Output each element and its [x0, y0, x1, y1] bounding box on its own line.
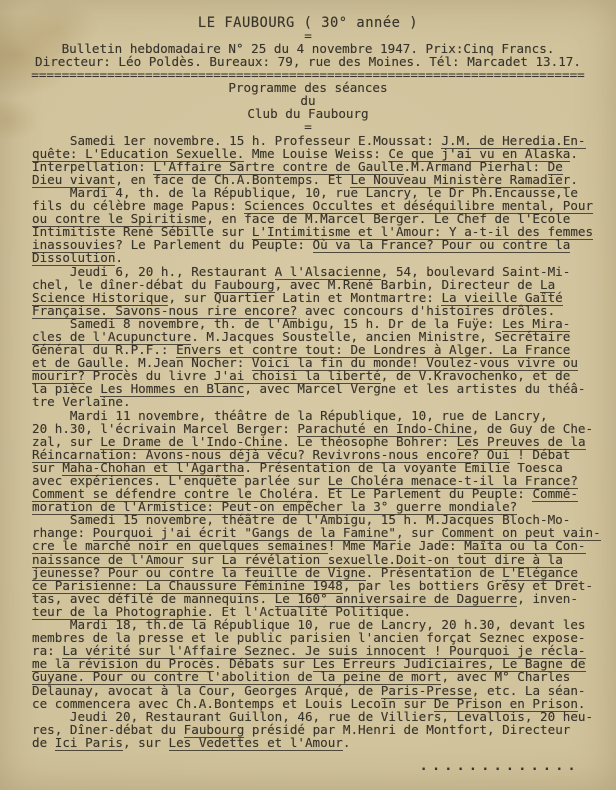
text-line: de Ici Paris, sur Les Vedettes et l'Amou…: [32, 736, 616, 749]
paragraph: Jeudi 20, Restaurant Guillon, 46, rue de…: [32, 710, 616, 749]
paragraph: Mardi 4, th. de la République, 10, rue L…: [32, 186, 616, 265]
programme-equals-mark: =: [0, 121, 616, 133]
footer-dots: .............: [0, 760, 616, 773]
underlined-text: Les Vedettes et l'Amour: [169, 735, 343, 751]
text-line: cre le marché noir en quelques semaines!…: [32, 539, 616, 552]
paragraph: Samedi 8 novembre, th. de l'Ambigu, 15 h…: [32, 317, 616, 409]
paragraph: Jeudi 6, 20 h., Restaurant A l'Alsacienn…: [32, 265, 616, 317]
plain-text: .: [343, 735, 351, 750]
paragraph: Samedi 1er novembre. 15 h. Professeur E.…: [32, 134, 616, 186]
underlined-text: Ici Paris: [55, 735, 123, 751]
plain-text: .: [570, 146, 578, 161]
document-body: Samedi 1er novembre. 15 h. Professeur E.…: [32, 134, 616, 749]
underlined-text: Commé-: [532, 486, 578, 502]
paragraph: Mardi 11 novembre, théâtre de la Républi…: [32, 409, 616, 514]
plain-text: de: [32, 735, 55, 750]
text-line: naissance de l'Amour sur La révélation s…: [32, 553, 616, 566]
director-line: Directeur: Léo Poldès. Bureaux: 79, rue …: [0, 55, 616, 68]
text-line: res, Dîner-débat du Faubourg présidé par…: [32, 723, 616, 736]
plain-text: , avec Marcel Vergne et les artistes du …: [244, 381, 585, 396]
plain-text: , inven-: [517, 591, 578, 606]
plain-text: ? Le Parlement du Peuple:: [115, 237, 312, 252]
underlined-text: Où va la France? Pour ou contre la: [313, 237, 571, 253]
paragraph: Mardi 18, th.de la République 10, rue de…: [32, 618, 616, 710]
plain-text: , sur: [123, 735, 169, 750]
bulletin-page: LE FAUBOURG ( 30° année ) = Bulletin heb…: [0, 0, 616, 790]
paragraph: Samedi 15 novembre, théâtre de l'Ambigu,…: [32, 513, 616, 618]
